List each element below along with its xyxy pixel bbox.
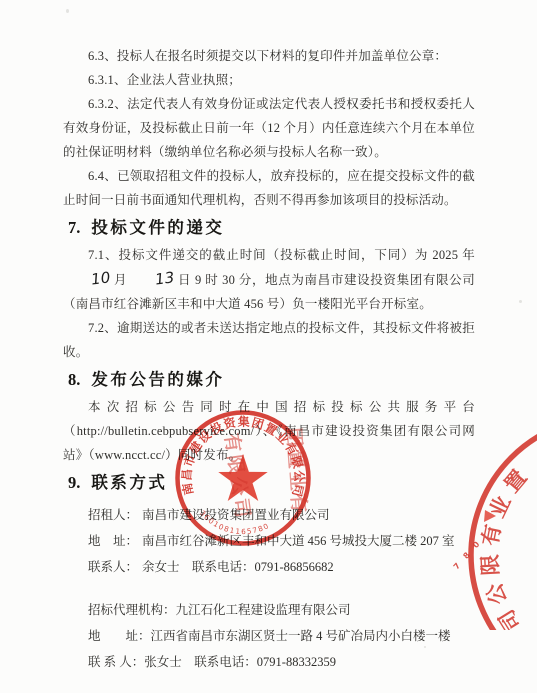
agency-row: 招标代理机构：九江石化工程建设监理有限公司 [88, 597, 475, 623]
section-9-title: 联系方式 [91, 473, 167, 492]
document-page: 6.3、投标人在报名时须提交以下材料的复印件并加盖单位公章： 6.3.1、企业法… [0, 0, 537, 693]
section-9-heading: 9.联系方式 [63, 470, 475, 496]
edge-seal-star-tip-icon [484, 510, 496, 522]
agency-contact-person: 张女士 [144, 649, 182, 675]
lessor-name: 南昌市建设投资集团置业有限公司 [142, 508, 330, 522]
section-7-heading: 7.投标文件的递交 [63, 215, 475, 241]
contact-label: 联系人： [88, 554, 142, 580]
edge-seal-ring-text: 司公限有业置 [478, 460, 537, 630]
phone-number: 0791-86856682 [255, 560, 334, 574]
handwritten-month: 10 [65, 265, 112, 294]
phone-label: 联系电话： [192, 560, 255, 574]
agency-contact-block: 招标代理机构：九江石化工程建设监理有限公司 地 址：江西省南昌市东湖区贤士一路 … [63, 597, 475, 675]
agency-address-row: 地 址：江西省南昌市东湖区贤士一路 4 号矿冶局内小白楼一楼 [88, 623, 475, 649]
lessor-row: 招租人：南昌市建设投资集团置业有限公司 [88, 502, 475, 528]
document-body: 6.3、投标人在报名时须提交以下材料的复印件并加盖单位公章： 6.3.1、企业法… [63, 44, 475, 675]
paragraph-6-3-2: 6.3.2、法定代表人有效身份证或法定代表人授权委托书和授权委托人有效身份证，及… [63, 92, 475, 164]
paragraph-6-3: 6.3、投标人在报名时须提交以下材料的复印件并加盖单位公章： [63, 44, 475, 68]
agency-address-label: 地 址： [88, 623, 151, 649]
agency-label: 招标代理机构： [88, 597, 176, 623]
paragraph-7-1: 7.1、投标文件递交的截止时间（投标截止时间，下同）为 2025 年10月13日… [63, 243, 475, 316]
edge-seal-ring [471, 420, 537, 630]
paragraph-7-2: 7.2、逾期送达的或者未送达指定地点的投标文件，其投标文件将被拒收。 [63, 316, 475, 364]
address-label: 地 址： [88, 528, 142, 554]
contact-person: 余女士 [142, 554, 180, 580]
agency-address: 江西省南昌市东湖区贤士一路 4 号矿冶局内小白楼一楼 [151, 629, 451, 643]
lessor-contact-block: 招租人：南昌市建设投资集团置业有限公司 地 址：南昌市红谷滩新区丰和中大道 45… [63, 502, 475, 580]
lessor-address-row: 地 址：南昌市红谷滩新区丰和中大道 456 号城投大厦二楼 207 室 [88, 528, 475, 554]
agency-contact-label: 联 系 人： [88, 649, 144, 675]
handwritten-day: 13 [129, 265, 176, 294]
paragraph-8-1: 本次招标公告同时在中国招标投标公共服务平台（http://bulletin.ce… [63, 395, 475, 467]
lessor-label: 招租人： [88, 502, 142, 528]
scan-speck [519, 300, 522, 303]
agency-phone-label: 联系电话： [194, 655, 257, 669]
section-8-title: 发布公告的媒介 [91, 370, 224, 389]
lessor-contact-row: 联系人：余女士联系电话：0791-86856682 [88, 554, 475, 580]
section-8-heading: 8.发布公告的媒介 [63, 367, 475, 393]
p71-text-before: 7.1、投标文件递交的截止时间（投标截止时间，下同）为 2025 年 [88, 248, 475, 262]
section-8-number: 8. [68, 370, 80, 389]
agency-contact-row: 联 系 人：张女士联系电话：0791-88332359 [88, 649, 475, 675]
paragraph-6-4: 6.4、已领取招租文件的投标人，放弃投标的，应在提交投标文件的截止时间一日前书面… [63, 164, 475, 212]
p71-month-unit: 月 [114, 273, 128, 287]
section-7-number: 7. [68, 218, 80, 237]
scan-speck [66, 9, 69, 13]
paragraph-6-3-1: 6.3.1、企业法人营业执照； [63, 68, 475, 92]
agency-phone-number: 0791-88332359 [257, 655, 336, 669]
agency-name: 九江石化工程建设监理有限公司 [176, 603, 351, 617]
section-7-title: 投标文件的递交 [91, 218, 224, 237]
section-9-number: 9. [68, 473, 80, 492]
lessor-address: 南昌市红谷滩新区丰和中大道 456 号城投大厦二楼 207 室 [142, 534, 455, 548]
